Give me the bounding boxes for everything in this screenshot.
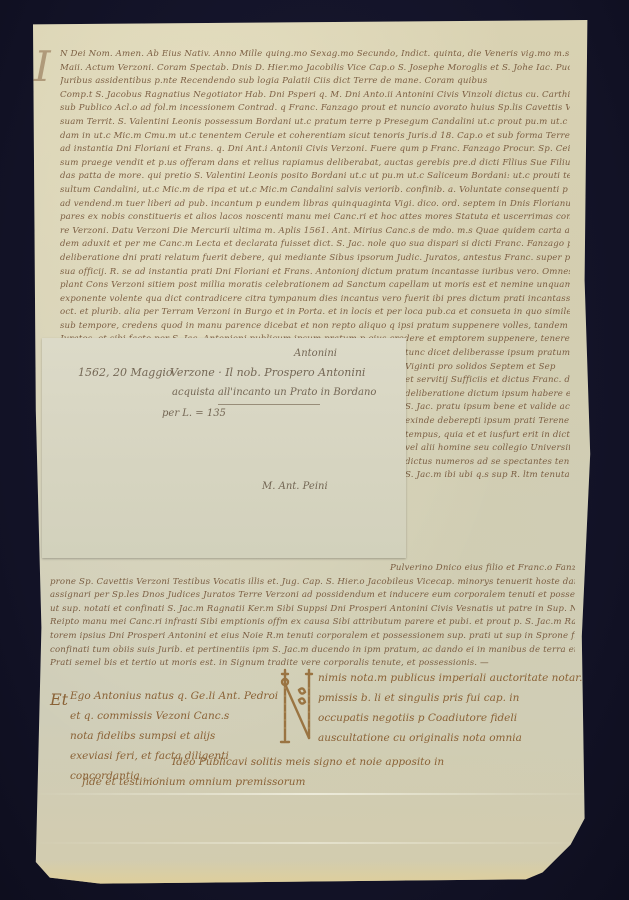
text-line: deliberatione dni prati relatum fuerit d… <box>60 252 570 266</box>
slip-description: acquista all'incanto un Prato in Bordano <box>172 387 376 398</box>
notary-closing: Ideo Publicavi solitis meis signo et noi… <box>82 752 444 792</box>
text-line: ad instantia Dni Floriani et Frans. q. D… <box>60 143 570 157</box>
text-line: sua officij. R. se ad instantia prati Dn… <box>60 266 570 280</box>
text-line: fide et testimonium omnium premissorum <box>82 772 444 792</box>
text-line: ut sup. notati et confinati S. Jac.m Rag… <box>50 603 575 617</box>
text-line: Comp.t S. Jacobus Ragnatius Negotiator H… <box>60 89 570 103</box>
text-line: Reipto manu mei Canc.ri infrasti Sibi em… <box>50 616 575 630</box>
slip-heading: Verzone · Il nob. Prospero Antonini <box>170 366 365 379</box>
text-line: sub tempore, credens quod in manu parenc… <box>60 320 570 334</box>
notary-et-initial: Et <box>50 690 68 709</box>
text-line: prone Sp. Cavettis Verzoni Testibus Voca… <box>50 576 575 590</box>
slip-underline <box>218 404 320 405</box>
text-line: re Verzoni. Datu Verzoni Die Mercurii ul… <box>60 225 570 239</box>
fold-line <box>33 842 593 844</box>
text-line: occupatis negotiis p Coadiutore fideli <box>318 708 582 728</box>
text-line: sub Publico Acl.o ad fol.m incessionem C… <box>60 102 570 116</box>
text-line: Ego Antonius natus q. Ge.li Ant. Pedroi <box>70 686 278 706</box>
slip-price: per L. = 135 <box>162 408 226 419</box>
pasted-archival-slip: Antonini 1562, 20 Maggio Verzone · Il no… <box>42 338 406 558</box>
text-line: N Dei Nom. Amen. Ab Eius Nativ. Anno Mil… <box>60 48 570 62</box>
text-line: nimis nota.m publicus imperiali auctorit… <box>318 668 582 688</box>
text-line: sum praege vendit et p.us offeram dans e… <box>60 157 570 171</box>
notary-signum-icon <box>277 668 317 746</box>
text-line: suam Territ. S. Valentini Leonis possess… <box>60 116 570 130</box>
text-line: confinati tum obiis suis Jurib. et perti… <box>50 644 575 658</box>
text-line: auscultatione cu originalis nota omnia <box>318 728 582 748</box>
text-line: dem aduxit et per me Canc.m Lecta et dec… <box>60 238 570 252</box>
text-line: sultum Candalini, ut.c Mic.m de ripa et … <box>60 184 570 198</box>
text-line: plant Cons Verzoni sitiem post millia mo… <box>60 279 570 293</box>
decorated-initial: I <box>34 42 51 91</box>
text-line: ad vendend.m tuer liberi ad pub. incantu… <box>60 198 570 212</box>
text-line: nota fidelibs sumpsi et alijs <box>70 726 278 746</box>
fold-line <box>33 793 593 795</box>
text-line: pmissis b. li et singulis pris fui cap. … <box>318 688 582 708</box>
lower-deed-text: Pulverino Dnico eius filio et Franc.o Fa… <box>50 562 575 671</box>
text-line: exponente volente qua dict contradicere … <box>60 293 570 307</box>
text-line: oct. et plurib. alia per Terram Verzoni … <box>60 306 570 320</box>
text-line: Juribus assidentibus p.nte Recendendo su… <box>60 75 570 89</box>
text-line: das patta de more. qui pretio S. Valenti… <box>60 170 570 184</box>
slip-date: 1562, 20 Maggio <box>78 366 173 379</box>
slip-top-right-name: Antonini <box>294 348 337 359</box>
notary-subscription-right: nimis nota.m publicus imperiali auctorit… <box>318 668 582 748</box>
text-line: torem ipsius Dni Prosperi Antonini et ei… <box>50 630 575 644</box>
text-line: dam in ut.c Mic.m Cmu.m ut.c tenentem Ce… <box>60 130 570 144</box>
slip-signature: M. Ant. Peini <box>262 481 328 492</box>
text-line: Maii. Actum Verzoni. Coram Spectab. Dnis… <box>60 62 570 76</box>
text-line: Ideo Publicavi solitis meis signo et noi… <box>82 752 444 772</box>
text-line: Pulverino Dnico eius filio et Franc.o Fa… <box>50 562 575 576</box>
text-line: pares ex nobis constitueris et alios lac… <box>60 211 570 225</box>
text-line: et q. commissis Vezoni Canc.s <box>70 706 278 726</box>
text-line: assignari per Sp.les Dnos Judices Jurato… <box>50 589 575 603</box>
